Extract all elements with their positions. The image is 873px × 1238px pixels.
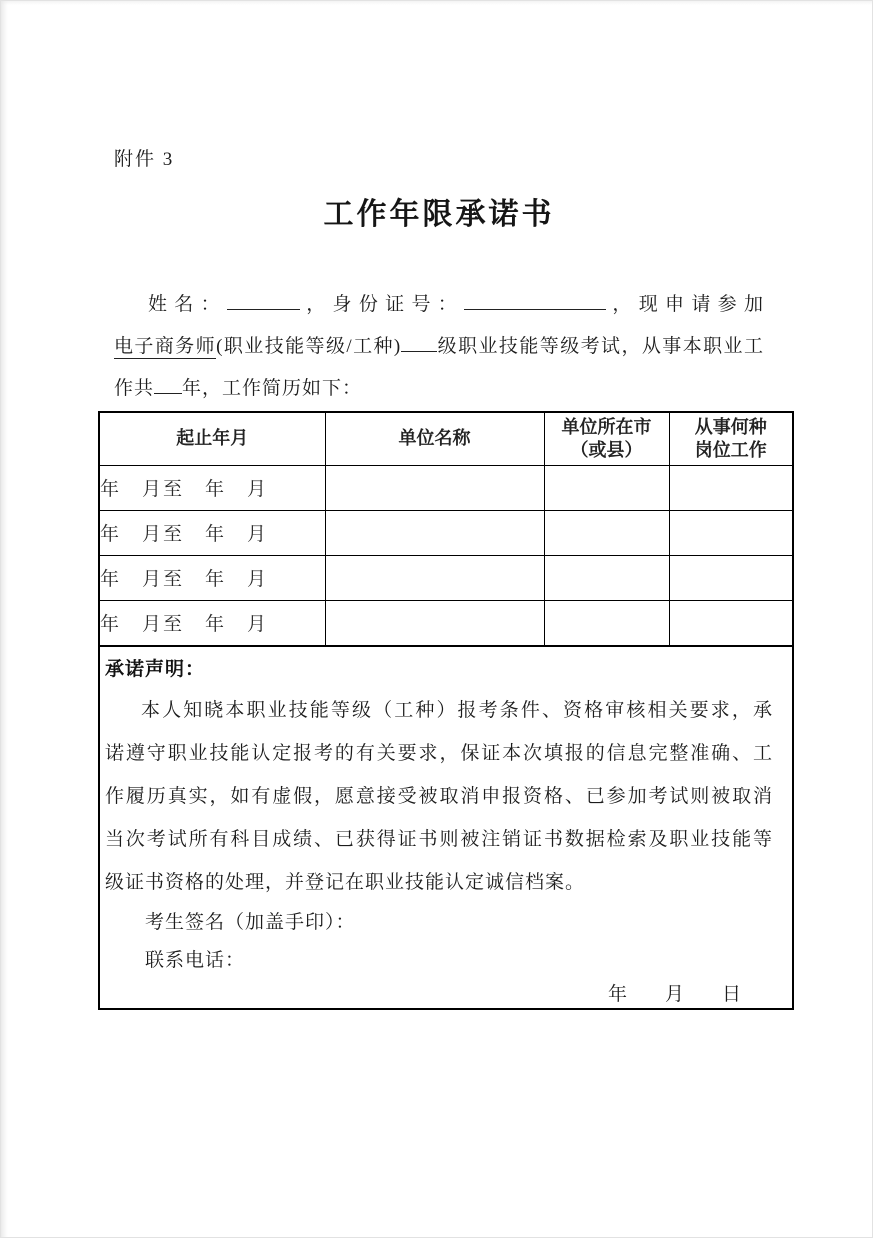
unit-cell: [325, 555, 544, 600]
work-history-table: 起止年月 单位名称 单位所在市 （或县） 从事何种 岗位工作 年 月至 年 月 …: [100, 413, 792, 646]
attachment-label: 附件 3: [114, 146, 872, 174]
period-cell: 年 月至 年 月: [100, 555, 325, 600]
scan-edge-left: [1, 1, 8, 1237]
header-unit-name: 单位名称: [325, 413, 544, 465]
signature-label: 考生签名（加盖手印）：: [105, 904, 773, 942]
intro-line2-tail: 级职业技能等级考试，从事本职业工: [437, 336, 764, 357]
header-unit-city-line2: （或县）: [571, 440, 643, 460]
declaration-line: 作履历真实，如有虚假，愿意接受被取消申报资格、已参加考试则被取消: [105, 775, 773, 818]
intro-line3-tail: 年，工作简历如下：: [182, 378, 362, 399]
header-position-line2: 岗位工作: [695, 440, 767, 460]
id-blank-field: [464, 293, 606, 310]
position-cell: [669, 600, 792, 645]
scan-edge-top: [1, 1, 872, 5]
header-period: 起止年月: [100, 413, 325, 465]
declaration-body: 本人知晓本职业技能等级（工种）报考条件、资格审核相关要求，承 诺遵守职业技能认定…: [105, 689, 773, 904]
header-position-line1: 从事何种: [695, 417, 767, 437]
id-label: ，身份证号：: [300, 294, 464, 315]
position-cell: [669, 465, 792, 510]
city-cell: [544, 600, 669, 645]
declaration-line: 级证书资格的处理，并登记在职业技能认定诚信档案。: [105, 861, 773, 904]
header-position: 从事何种 岗位工作: [669, 413, 792, 465]
period-cell: 年 月至 年 月: [100, 465, 325, 510]
header-unit-city: 单位所在市 （或县）: [544, 413, 669, 465]
declaration-line: 本人知晓本职业技能等级（工种）报考条件、资格审核相关要求，承: [105, 689, 773, 732]
work-history-form: 起止年月 单位名称 单位所在市 （或县） 从事何种 岗位工作 年 月至 年 月 …: [98, 411, 794, 1010]
unit-cell: [325, 600, 544, 645]
position-cell: [669, 510, 792, 555]
intro-line1-tail: ，现申请参加: [606, 294, 764, 315]
header-unit-city-line1: 单位所在市: [562, 417, 652, 437]
name-blank-field: [227, 293, 300, 310]
unit-cell: [325, 510, 544, 555]
intro-line-3: 作共年，工作简历如下：: [114, 368, 764, 410]
years-blank-field: [154, 377, 182, 394]
occupation-name: 电子商务师: [114, 336, 216, 359]
declaration-line: 当次考试所有科目成绩、已获得证书则被注销证书数据检索及职业技能等: [105, 818, 773, 861]
period-cell: 年 月至 年 月: [100, 510, 325, 555]
phone-label: 联系电话：: [105, 942, 773, 980]
intro-paragraph: 姓名：，身份证号：，现申请参加 电子商务师(职业技能等级/工种)级职业技能等级考…: [114, 284, 764, 410]
period-cell: 年 月至 年 月: [100, 600, 325, 645]
unit-cell: [325, 465, 544, 510]
document-page: 附件 3 工作年限承诺书 姓名：，身份证号：，现申请参加 电子商务师(职业技能等…: [0, 0, 873, 1238]
name-label: 姓名：: [148, 294, 227, 315]
declaration-heading: 承诺声明：: [105, 657, 773, 683]
table-row: 年 月至 年 月: [100, 510, 792, 555]
date-line: 年 月 日: [105, 980, 773, 1008]
table-header-row: 起止年月 单位名称 单位所在市 （或县） 从事何种 岗位工作: [100, 413, 792, 465]
occupation-note: (职业技能等级/工种): [216, 336, 401, 357]
declaration-section: 承诺声明： 本人知晓本职业技能等级（工种）报考条件、资格审核相关要求，承 诺遵守…: [100, 646, 792, 1008]
table-row: 年 月至 年 月: [100, 600, 792, 645]
position-cell: [669, 555, 792, 600]
table-row: 年 月至 年 月: [100, 465, 792, 510]
intro-line-1: 姓名：，身份证号：，现申请参加: [114, 284, 764, 326]
page-title: 工作年限承诺书: [114, 196, 764, 234]
intro-line-2: 电子商务师(职业技能等级/工种)级职业技能等级考试，从事本职业工: [114, 326, 764, 368]
declaration-line: 诺遵守职业技能认定报考的有关要求，保证本次填报的信息完整准确、工: [105, 732, 773, 775]
city-cell: [544, 510, 669, 555]
city-cell: [544, 555, 669, 600]
city-cell: [544, 465, 669, 510]
level-blank-field: [401, 335, 437, 352]
years-prefix: 作共: [114, 378, 154, 399]
table-row: 年 月至 年 月: [100, 555, 792, 600]
